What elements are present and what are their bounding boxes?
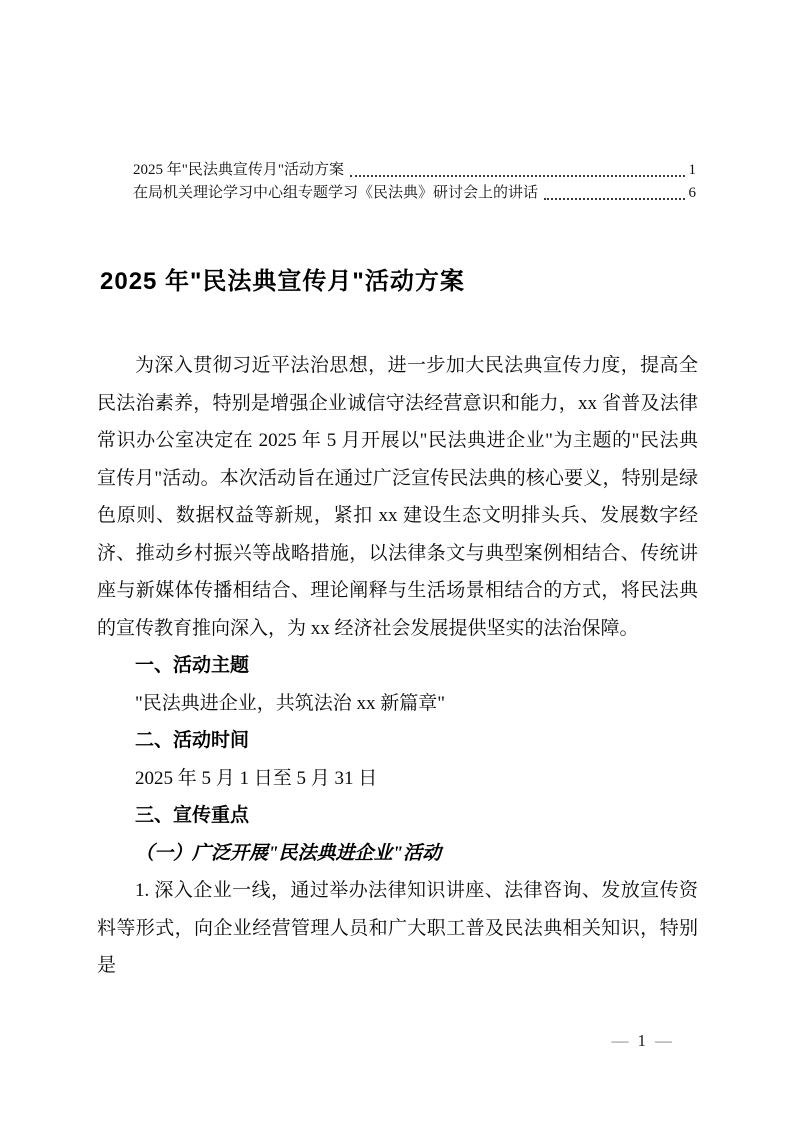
section-heading-1: 一、活动主题	[97, 647, 698, 685]
toc-entry-title: 2025 年"民法典宣传月"活动方案	[133, 159, 344, 182]
body-paragraph-1: 1. 深入企业一线，通过举办法律知识讲座、法律咨询、发放宣传资料等形式，向企业经…	[97, 872, 698, 985]
toc-dot-leader	[350, 175, 685, 177]
document-title: 2025 年"民法典宣传月"活动方案	[100, 261, 465, 296]
toc-entry-title: 在局机关理论学习中心组专题学习《民法典》研讨会上的讲话	[133, 182, 538, 205]
document-page: 2025 年"民法典宣传月"活动方案 1 在局机关理论学习中心组专题学习《民法典…	[0, 0, 793, 1122]
section-heading-3: 三、宣传重点	[97, 797, 698, 835]
toc-dot-leader	[544, 198, 684, 200]
date-range-line: 2025 年 5 月 1 日至 5 月 31 日	[97, 760, 698, 798]
section-heading-2: 二、活动时间	[97, 722, 698, 760]
footer-dash-left: —	[612, 1031, 629, 1050]
toc-page-number: 1	[689, 159, 697, 182]
subsection-heading-3-1: （一）广泛开展"民法典进企业"活动	[97, 835, 698, 873]
footer-dash-right: —	[655, 1031, 672, 1050]
intro-paragraph: 为深入贯彻习近平法治思想，进一步加大民法典宣传力度，提高全民法治素养，特别是增强…	[97, 347, 698, 647]
document-body: 为深入贯彻习近平法治思想，进一步加大民法典宣传力度，提高全民法治素养，特别是增强…	[97, 347, 698, 985]
theme-line: "民法典进企业，共筑法治 xx 新篇章"	[97, 685, 698, 723]
footer-page-number: 1	[638, 1031, 647, 1050]
page-number-footer: —1—	[612, 1030, 673, 1052]
toc-entry[interactable]: 2025 年"民法典宣传月"活动方案 1	[133, 159, 696, 182]
toc-page-number: 6	[689, 182, 697, 205]
toc-entry[interactable]: 在局机关理论学习中心组专题学习《民法典》研讨会上的讲话 6	[133, 182, 696, 205]
table-of-contents: 2025 年"民法典宣传月"活动方案 1 在局机关理论学习中心组专题学习《民法典…	[133, 159, 696, 205]
